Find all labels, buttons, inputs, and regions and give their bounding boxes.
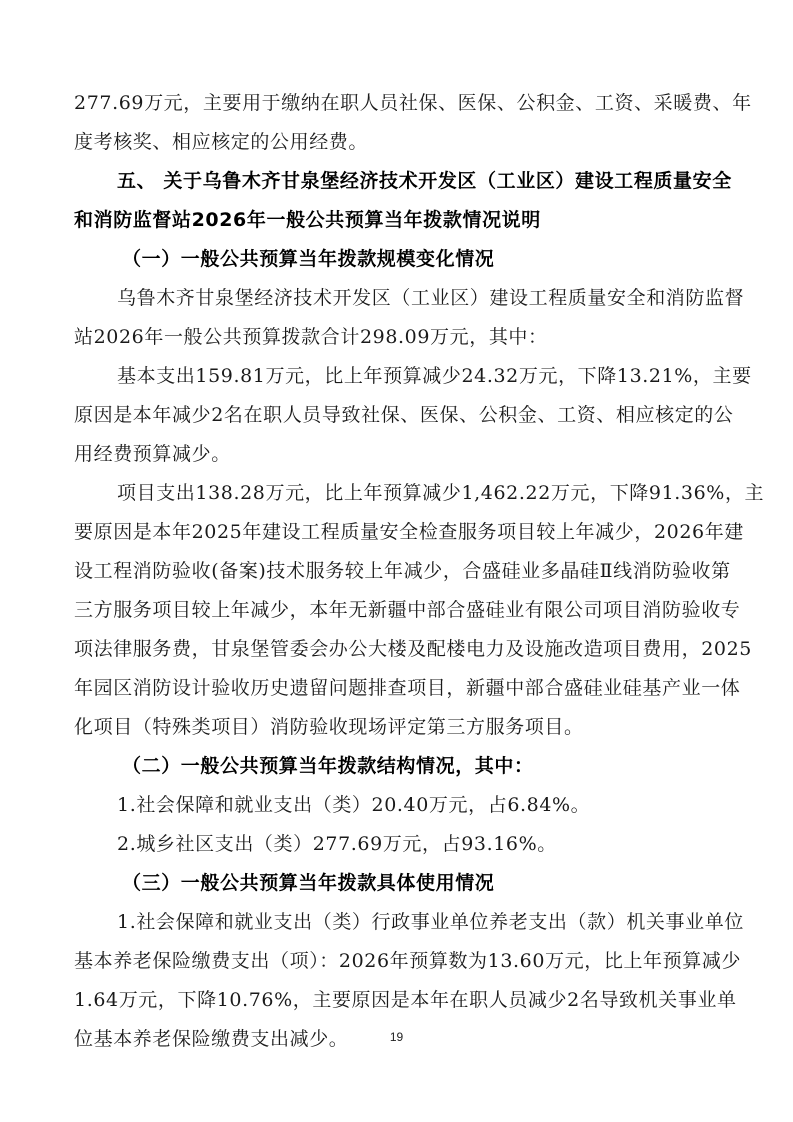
paragraph-project-expense: 设工程消防验收(备案)技术服务较上年减少，合盛硅业多晶硅Ⅱ线消防验收第 xyxy=(74,552,720,591)
paragraph-project-expense: 项目支出138.28万元，比上年预算减少1,462.22万元，下降91.36%，… xyxy=(74,474,720,513)
paragraph-project-expense: 年园区消防设计验收历史遗留问题排查项目，新疆中部合盛硅业硅基产业一体 xyxy=(74,669,720,708)
paragraph-basic-expense: 基本支出159.81万元，比上年预算减少24.32万元，下降13.21%，主要 xyxy=(74,357,720,396)
paragraph-total-line: 站2026年一般公共预算拨款合计298.09万元，其中： xyxy=(74,318,720,357)
section-heading-5-cont: 和消防监督站2026年一般公共预算当年拨款情况说明 xyxy=(74,201,720,240)
paragraph-project-expense: 要原因是本年2025年建设工程质量安全检查服务项目较上年减少，2026年建 xyxy=(74,513,720,552)
page-number: 19 xyxy=(0,1030,793,1044)
paragraph-pension: 基本养老保险缴费支出（项）：2026年预算数为13.60万元，比上年预算减少 xyxy=(74,942,720,981)
list-item-social-security: 1.社会保障和就业支出（类）20.40万元，占6.84%。 xyxy=(74,786,720,825)
subsection-heading-1: （一）一般公共预算当年拨款规模变化情况 xyxy=(74,240,720,279)
paragraph-line-continuation: 度考核奖、相应核定的公用经费。 xyxy=(74,123,720,162)
subsection-heading-2: （二）一般公共预算当年拨款结构情况，其中： xyxy=(74,747,720,786)
paragraph-project-expense: 化项目（特殊类项目）消防验收现场评定第三方服务项目。 xyxy=(74,708,720,747)
list-item-urban-rural: 2.城乡社区支出（类）277.69万元，占93.16%。 xyxy=(74,825,720,864)
paragraph-basic-expense: 原因是本年减少2名在职人员导致社保、医保、公积金、工资、相应核定的公 xyxy=(74,396,720,435)
subsection-heading-3: （三）一般公共预算当年拨款具体使用情况 xyxy=(74,864,720,903)
paragraph-pension: 1.64万元，下降10.76%，主要原因是本年在职人员减少2名导致机关事业单 xyxy=(74,981,720,1020)
paragraph-line-continuation: 277.69万元，主要用于缴纳在职人员社保、医保、公积金、工资、采暖费、年 xyxy=(74,84,720,123)
paragraph-pension: 1.社会保障和就业支出（类）行政事业单位养老支出（款）机关事业单位 xyxy=(74,903,720,942)
paragraph-basic-expense: 用经费预算减少。 xyxy=(74,435,720,474)
paragraph-project-expense: 三方服务项目较上年减少，本年无新疆中部合盛硅业有限公司项目消防验收专 xyxy=(74,591,720,630)
paragraph-total-line: 乌鲁木齐甘泉堡经济技术开发区（工业区）建设工程质量安全和消防监督 xyxy=(74,279,720,318)
section-heading-5: 五、 关于乌鲁木齐甘泉堡经济技术开发区（工业区）建设工程质量安全 xyxy=(74,162,720,201)
paragraph-project-expense: 项法律服务费，甘泉堡管委会办公大楼及配楼电力及设施改造项目费用，2025 xyxy=(74,630,720,669)
